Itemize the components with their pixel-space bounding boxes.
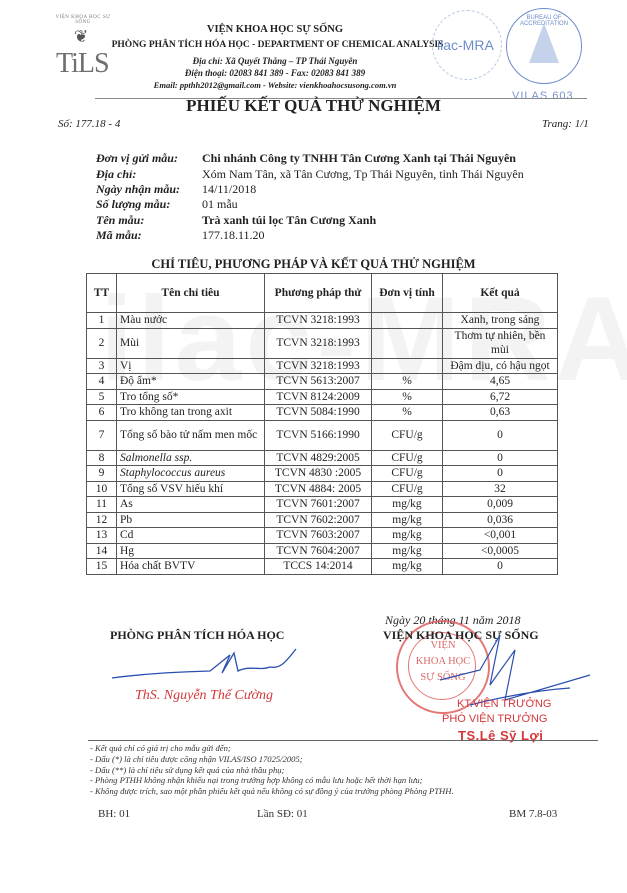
cell-result: 0,63 [443, 405, 558, 421]
cell-unit [372, 328, 443, 358]
cell-method: TCVN 5613:2007 [265, 374, 372, 390]
note-item: - Kết quả chỉ có giá trị cho mẫu gửi đến… [90, 743, 454, 754]
table-row: 4Độ ẩm*TCVN 5613:2007%4,65 [87, 374, 558, 390]
table-row: 9Staphylococcus aureusTCVN 4830 :2005CFU… [87, 466, 558, 482]
cell-unit: CFU/g [372, 450, 443, 466]
info-label: Tên mẫu: [96, 213, 144, 228]
col-header-tt: TT [87, 274, 117, 313]
cell-method: TCVN 5084:1990 [265, 405, 372, 421]
cell-name: Độ ẩm* [117, 374, 265, 390]
cell-name: Staphylococcus aureus [117, 466, 265, 482]
cell-name: Mùi [117, 328, 265, 358]
cell-method: TCVN 3218:1993 [265, 328, 372, 358]
cell-unit: mg/kg [372, 528, 443, 544]
notes-divider [88, 740, 598, 741]
info-label: Đơn vị gửi mẫu: [96, 151, 178, 166]
cell-method: TCVN 7601:2007 [265, 497, 372, 513]
cell-result: 4,65 [443, 374, 558, 390]
cell-unit: % [372, 374, 443, 390]
cell-unit: mg/kg [372, 512, 443, 528]
logo-text: TiLS [56, 48, 109, 80]
table-row: 5Tro tổng số*TCVN 8124:2009%6,72 [87, 389, 558, 405]
cell-method: TCVN 7602:2007 [265, 512, 372, 528]
cell-tt: 12 [87, 512, 117, 528]
col-header-name: Tên chỉ tiêu [117, 274, 265, 313]
info-value: Trà xanh túi lọc Tân Cương Xanh [202, 213, 376, 228]
cell-unit: % [372, 405, 443, 421]
cell-unit: CFU/g [372, 466, 443, 482]
col-header-unit: Đơn vị tính [372, 274, 443, 313]
cell-result: Xanh, trong sáng [443, 313, 558, 329]
table-row: 15Hóa chất BVTVTCCS 14:2014mg/kg0 [87, 559, 558, 575]
cell-tt: 5 [87, 389, 117, 405]
cell-name: Tổng số VSV hiếu khí [117, 481, 265, 497]
cell-name: Hg [117, 543, 265, 559]
cell-result: <0,0005 [443, 543, 558, 559]
cell-name: Hóa chất BVTV [117, 559, 265, 575]
cell-tt: 7 [87, 420, 117, 450]
cell-method: TCCS 14:2014 [265, 559, 372, 575]
cell-unit [372, 313, 443, 329]
info-value: Xóm Nam Tân, xã Tân Cương, Tp Thái Nguyê… [202, 167, 524, 182]
cell-method: TCVN 8124:2009 [265, 389, 372, 405]
cell-name: Màu nước [117, 313, 265, 329]
logo-arc-text: VIỆN KHOA HỌC SỰ SỐNG [52, 15, 114, 25]
table-row: 8Salmonella ssp.TCVN 4829:2005CFU/g0 [87, 450, 558, 466]
table-row: 7Tổng số bào tử nấm men mốcTCVN 5166:199… [87, 420, 558, 450]
ilac-seal-text: ilac-MRA [437, 37, 494, 53]
cell-unit: % [372, 389, 443, 405]
cell-name: Tro tổng số* [117, 389, 265, 405]
footer-lan-sd: Lần SĐ: 01 [257, 808, 308, 820]
results-table: TT Tên chỉ tiêu Phương pháp thử Đơn vị t… [86, 273, 558, 575]
cell-unit: mg/kg [372, 497, 443, 513]
info-value: Chi nhánh Công ty TNHH Tân Cương Xanh tạ… [202, 151, 516, 166]
cell-tt: 15 [87, 559, 117, 575]
cell-result: 0,036 [443, 512, 558, 528]
table-row: 14HgTCVN 7604:2007mg/kg<0,0005 [87, 543, 558, 559]
table-row: 6Tro không tan trong axitTCVN 5084:1990%… [87, 405, 558, 421]
cell-tt: 1 [87, 313, 117, 329]
cell-tt: 4 [87, 374, 117, 390]
left-signature-icon [110, 645, 310, 685]
department-name: PHÒNG PHÂN TÍCH HÓA HỌC - DEPARTMENT OF … [105, 40, 450, 50]
cell-name: Pb [117, 512, 265, 528]
left-signatory-title: PHÒNG PHÂN TÍCH HÓA HỌC [110, 628, 284, 643]
cell-unit: CFU/g [372, 420, 443, 450]
footer-bh: BH: 01 [98, 808, 130, 820]
info-label: Số lượng mẫu: [96, 197, 170, 212]
table-row: 1Màu nướcTCVN 3218:1993Xanh, trong sáng [87, 313, 558, 329]
phone-fax: Điện thoại: 02083 841 389 - Fax: 02083 8… [110, 68, 440, 78]
notes-list: - Kết quả chỉ có giá trị cho mẫu gửi đến… [90, 743, 454, 797]
cell-method: TCVN 3218:1993 [265, 358, 372, 374]
info-label: Mã mẫu: [96, 228, 142, 243]
cell-tt: 2 [87, 328, 117, 358]
cell-unit: mg/kg [372, 543, 443, 559]
cell-name: Tổng số bào tử nấm men mốc [117, 420, 265, 450]
table-row: 2MùiTCVN 3218:1993Thơm tự nhiên, bền mùi [87, 328, 558, 358]
cell-result: Đậm dịu, có hậu ngọt [443, 358, 558, 374]
leaf-icon: ❦ [74, 27, 88, 47]
cell-tt: 10 [87, 481, 117, 497]
cell-unit: CFU/g [372, 481, 443, 497]
info-value: 01 mẫu [202, 197, 238, 212]
cell-method: TCVN 4830 :2005 [265, 466, 372, 482]
cell-result: 0,009 [443, 497, 558, 513]
cell-result: 0 [443, 450, 558, 466]
cell-method: TCVN 5166:1990 [265, 420, 372, 450]
cell-tt: 14 [87, 543, 117, 559]
note-item: - Dấu (*) là chỉ tiêu được công nhận VIL… [90, 754, 454, 765]
cell-result: 0 [443, 466, 558, 482]
cell-name: Salmonella ssp. [117, 450, 265, 466]
ilac-mra-seal-icon: ilac-MRA [432, 10, 502, 80]
document-number: Số: 177.18 - 4 [58, 118, 120, 130]
cell-tt: 13 [87, 528, 117, 544]
cell-method: TCVN 7604:2007 [265, 543, 372, 559]
cell-name: Tro không tan trong axit [117, 405, 265, 421]
email-website: Email: ppthh2012@gmail.com - Website: vi… [100, 80, 450, 90]
info-value: 14/11/2018 [202, 182, 256, 197]
cell-name: As [117, 497, 265, 513]
document-title: PHIẾU KẾT QUẢ THỬ NGHIỆM [0, 96, 627, 116]
note-item: - Phòng PTHH không nhận khiếu nại trong … [90, 775, 454, 786]
cell-tt: 3 [87, 358, 117, 374]
institute-name: VIỆN KHOA HỌC SỰ SỐNG [110, 24, 440, 35]
table-row: 12PbTCVN 7602:2007mg/kg0,036 [87, 512, 558, 528]
address: Địa chỉ: Xã Quyết Thắng – TP Thái Nguyên [110, 56, 440, 66]
cell-result: 0 [443, 559, 558, 575]
cell-unit: mg/kg [372, 559, 443, 575]
cell-method: TCVN 3218:1993 [265, 313, 372, 329]
cell-method: TCVN 7603:2007 [265, 528, 372, 544]
cell-result: Thơm tự nhiên, bền mùi [443, 328, 558, 358]
cell-result: 32 [443, 481, 558, 497]
right-signatory-role: KT.VIỆN TRƯỞNG [457, 698, 551, 710]
cell-result: 6,72 [443, 389, 558, 405]
cell-method: TCVN 4829:2005 [265, 450, 372, 466]
cell-tt: 11 [87, 497, 117, 513]
col-header-method: Phương pháp thử [265, 274, 372, 313]
page-number: Trang: 1/1 [542, 118, 589, 130]
table-row: 11AsTCVN 7601:2007mg/kg0,009 [87, 497, 558, 513]
table-row: 3VịTCVN 3218:1993Đậm dịu, có hậu ngọt [87, 358, 558, 374]
table-row: 13CdTCVN 7603:2007mg/kg<0,001 [87, 528, 558, 544]
results-section-title: CHỈ TIÊU, PHƯƠNG PHÁP VÀ KẾT QUẢ THỬ NGH… [0, 257, 627, 272]
cell-tt: 9 [87, 466, 117, 482]
cell-unit [372, 358, 443, 374]
table-row: 10Tổng số VSV hiếu khíTCVN 4884: 2005CFU… [87, 481, 558, 497]
info-label: Địa chỉ: [96, 167, 136, 182]
cell-result: <0,001 [443, 528, 558, 544]
footer-form-code: BM 7.8-03 [509, 808, 557, 820]
info-label: Ngày nhận mẫu: [96, 182, 180, 197]
cell-result: 0 [443, 420, 558, 450]
compass-icon [529, 23, 559, 63]
right-signatory-subrole: PHÓ VIỆN TRƯỞNG [442, 713, 547, 725]
accreditation-seal-icon: BUREAU OF ACCREDITATION [506, 8, 582, 84]
cell-tt: 6 [87, 405, 117, 421]
cell-tt: 8 [87, 450, 117, 466]
info-value: 177.18.11.20 [202, 228, 265, 243]
note-item: - Dấu (**) là chỉ tiêu sử dụng kết quả c… [90, 765, 454, 776]
cell-method: TCVN 4884: 2005 [265, 481, 372, 497]
table-header-row: TT Tên chỉ tiêu Phương pháp thử Đơn vị t… [87, 274, 558, 313]
left-signatory-name: ThS. Nguyễn Thế Cường [135, 688, 273, 704]
col-header-result: Kết quả [443, 274, 558, 313]
cell-name: Vị [117, 358, 265, 374]
note-item: - Không được trích, sao một phần phiếu k… [90, 786, 454, 797]
cell-name: Cd [117, 528, 265, 544]
